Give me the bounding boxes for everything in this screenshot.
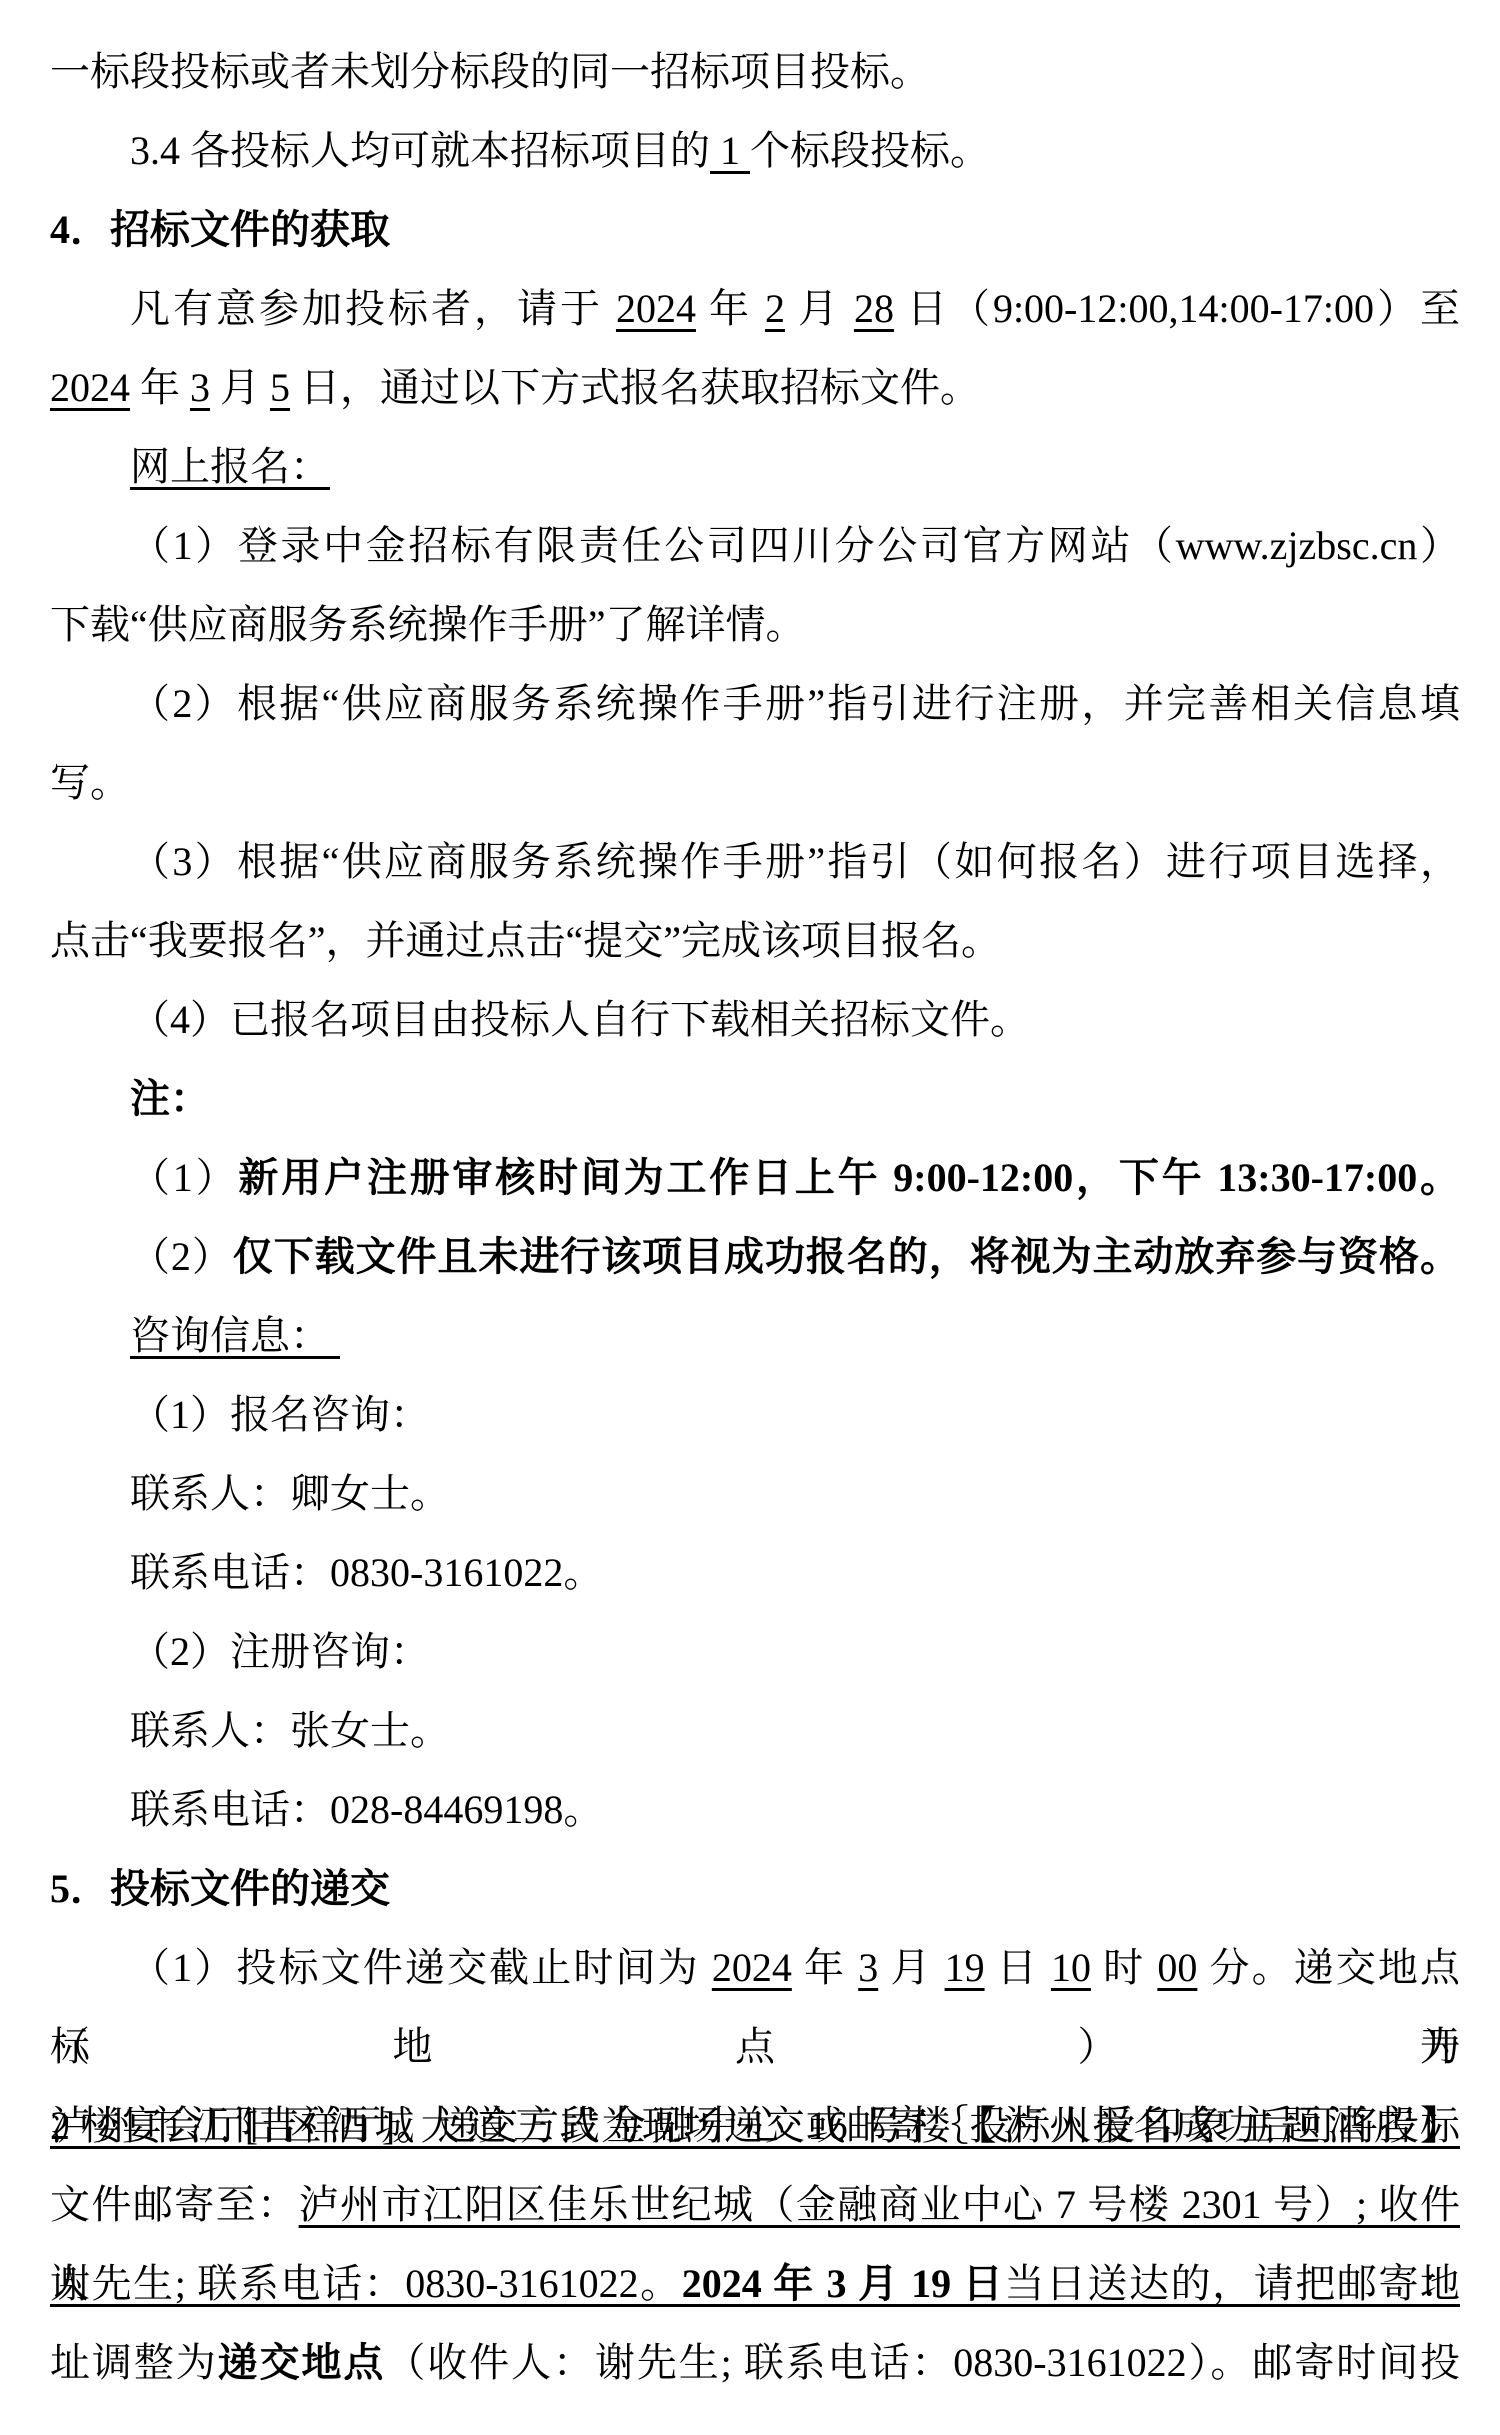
text-line: 标地点）为泸州市江阳区酒城大道三段金融中心 16 号楼【泸州爱印象主题酒店】 bbox=[50, 2007, 1460, 2086]
text-segment: 写。 bbox=[50, 760, 130, 805]
text-segment: （2） bbox=[130, 1234, 233, 1279]
text-line: 联系人：张女士。 bbox=[50, 1691, 1460, 1770]
text-segment: 日，通过以下方式报名获取招标文件。 bbox=[290, 365, 980, 410]
text-segment: 当日送达的，请把邮寄地 bbox=[1004, 2261, 1460, 2306]
text-segment: 时 bbox=[1091, 1945, 1157, 1990]
text-segment: 标地点）为 bbox=[50, 2024, 1460, 2069]
text-line: （1）登录中金招标有限责任公司四川分公司官方网站（www.zjzbsc.cn） bbox=[50, 506, 1460, 585]
text-segment: （2）根据“供应商服务系统操作手册”指引进行注册，并完善相关信息填 bbox=[130, 681, 1460, 726]
text-segment: 联系人：卿女士。 bbox=[130, 1471, 450, 1516]
text-segment: 2024 bbox=[50, 365, 130, 410]
text-line: 凡有意参加投标者，请于 2024 年 2 月 28 日（9:00-12:00,1… bbox=[50, 269, 1460, 348]
text-line: 一标段投标或者未划分标段的同一招标项目投标。 bbox=[50, 32, 1460, 111]
text-segment: 联系电话：028-84469198。 bbox=[130, 1787, 603, 1832]
text-line: 写。 bbox=[50, 743, 1460, 822]
text-segment: 月 bbox=[846, 2261, 911, 2306]
text-segment: 3 bbox=[826, 2261, 846, 2306]
text-segment: 年 bbox=[130, 365, 190, 410]
text-segment: 联系人：张女士。 bbox=[130, 1708, 450, 1753]
text-segment: 年 bbox=[792, 1945, 858, 1990]
text-segment: 仅下载文件且未进行该项目成功报名的，将视为主动放弃参与资格。 bbox=[233, 1234, 1460, 1279]
text-segment: 点击“我要报名”，并通过点击“提交”完成该项目报名。 bbox=[50, 918, 1001, 963]
document-body: 一标段投标或者未划分标段的同一招标项目投标。3.4 各投标人均可就本招标项目的 … bbox=[50, 32, 1460, 2402]
text-segment: 月 bbox=[878, 1945, 944, 1990]
text-segment: 2024 bbox=[712, 1945, 792, 1990]
text-line: 4．招标文件的获取 bbox=[50, 190, 1460, 269]
text-segment: 凡有意参加投标者，请于 bbox=[130, 286, 616, 331]
text-segment: 。 bbox=[639, 2261, 682, 2306]
text-segment: 新用户注册审核时间为工作日上午 9:00-12:00，下午 13:30-17:0… bbox=[238, 1155, 1460, 1200]
text-line: （1）投标文件递交截止时间为 2024 年 3 月 19 日 10 时 00 分… bbox=[50, 1928, 1460, 2007]
text-line: 点击“我要报名”，并通过点击“提交”完成该项目报名。 bbox=[50, 901, 1460, 980]
text-line: 址调整为递交地点（收件人：谢先生; 联系电话：0830-3161022）。邮寄时… bbox=[50, 2323, 1460, 2402]
text-segment: （1）投标文件递交截止时间为 bbox=[130, 1945, 712, 1990]
text-line: 下载“供应商服务系统操作手册”了解详情。 bbox=[50, 585, 1460, 664]
text-line: 谢先生; 联系电话：0830-3161022。2024 年 3 月 19 日当日… bbox=[50, 2244, 1460, 2323]
text-line: 联系人：卿女士。 bbox=[50, 1454, 1460, 1533]
text-segment: 月 bbox=[785, 286, 854, 331]
text-line: 网上报名： bbox=[50, 427, 1460, 506]
text-segment: 咨询信息： bbox=[130, 1313, 340, 1358]
document-page: 一标段投标或者未划分标段的同一招标项目投标。3.4 各投标人均可就本招标项目的 … bbox=[0, 0, 1500, 2435]
text-segment: 5．投标文件的递交 bbox=[50, 1866, 390, 1911]
text-line: （2）仅下载文件且未进行该项目成功报名的，将视为主动放弃参与资格。 bbox=[50, 1217, 1460, 1296]
text-segment: 。递交方式为现场递交或邮寄｛投标人报名成功后可将投标 bbox=[395, 2103, 1460, 2148]
text-segment: 下载“供应商服务系统操作手册”了解详情。 bbox=[50, 602, 806, 647]
text-line: （4）已报名项目由投标人自行下载相关招标文件。 bbox=[50, 980, 1460, 1059]
text-segment: 日 bbox=[951, 2261, 1004, 2306]
text-line: 2 楼宴会厅[吉祥厅]。递交方式为现场递交或邮寄｛投标人报名成功后可将投标 bbox=[50, 2086, 1460, 2165]
text-segment: 1 bbox=[710, 128, 750, 173]
text-segment: 00 bbox=[1157, 1945, 1197, 1990]
text-line: （1）报名咨询： bbox=[50, 1375, 1460, 1454]
text-segment: 年 bbox=[696, 286, 765, 331]
text-line: 联系电话：0830-3161022。 bbox=[50, 1533, 1460, 1612]
text-segment: 5 bbox=[270, 365, 290, 410]
text-segment: 址调整为 bbox=[50, 2340, 218, 2385]
text-segment: （1） bbox=[130, 1155, 238, 1200]
text-segment: 一标段投标或者未划分标段的同一招标项目投标。 bbox=[50, 49, 930, 94]
text-segment: 28 bbox=[854, 286, 894, 331]
text-line: 注： bbox=[50, 1059, 1460, 1138]
text-segment: （1）报名咨询： bbox=[130, 1392, 430, 1437]
text-segment: 2 bbox=[765, 286, 785, 331]
text-segment: 3.4 各投标人均可就本招标项目的 bbox=[130, 128, 710, 173]
text-segment: 10 bbox=[1051, 1945, 1091, 1990]
text-line: （3）根据“供应商服务系统操作手册”指引（如何报名）进行项目选择， bbox=[50, 822, 1460, 901]
text-segment: 2024 bbox=[616, 286, 696, 331]
text-segment: （收件人：谢先生; 联系电话：0830-3161022）。邮寄时间投 bbox=[385, 2340, 1460, 2385]
text-segment: 文件邮寄至： bbox=[50, 2182, 299, 2227]
text-segment: 19 bbox=[911, 2261, 951, 2306]
text-segment: 月 bbox=[210, 365, 270, 410]
text-line: （1）新用户注册审核时间为工作日上午 9:00-12:00，下午 13:30-1… bbox=[50, 1138, 1460, 1217]
text-segment: 19 bbox=[945, 1945, 985, 1990]
text-line: 咨询信息： bbox=[50, 1296, 1460, 1375]
text-segment: 联系电话：0830-3161022。 bbox=[130, 1550, 603, 1595]
text-line: 联系电话：028-84469198。 bbox=[50, 1770, 1460, 1849]
text-segment: （1）登录中金招标有限责任公司四川分公司官方网站（www.zjzbsc.cn） bbox=[130, 523, 1460, 568]
text-segment: 3 bbox=[858, 1945, 878, 1990]
text-segment: 注： bbox=[130, 1076, 210, 1121]
text-segment: （3）根据“供应商服务系统操作手册”指引（如何报名）进行项目选择， bbox=[130, 839, 1460, 884]
text-line: 3.4 各投标人均可就本招标项目的 1 个标段投标。 bbox=[50, 111, 1460, 190]
text-segment: 递交地点 bbox=[218, 2340, 386, 2385]
text-segment: 2024 bbox=[682, 2261, 762, 2306]
text-line: （2）根据“供应商服务系统操作手册”指引进行注册，并完善相关信息填 bbox=[50, 664, 1460, 743]
text-segment: 日（9:00-12:00,14:00-17:00）至 bbox=[894, 286, 1460, 331]
text-segment: 谢先生; 联系电话：0830-3161022 bbox=[50, 2261, 639, 2306]
text-segment: 3 bbox=[190, 365, 210, 410]
text-segment: （2）注册咨询： bbox=[130, 1629, 430, 1674]
text-segment: 2 楼宴会厅[吉祥厅] bbox=[50, 2103, 395, 2148]
text-line: 5．投标文件的递交 bbox=[50, 1849, 1460, 1928]
text-segment: 4．招标文件的获取 bbox=[50, 207, 390, 252]
text-line: 2024 年 3 月 5 日，通过以下方式报名获取招标文件。 bbox=[50, 348, 1460, 427]
text-line: 文件邮寄至：泸州市江阳区佳乐世纪城（金融商业中心 7 号楼 2301 号）; 收… bbox=[50, 2165, 1460, 2244]
text-segment: 个标段投标。 bbox=[750, 128, 990, 173]
text-segment: （4）已报名项目由投标人自行下载相关招标文件。 bbox=[130, 997, 1030, 1042]
text-segment: 网上报名： bbox=[130, 444, 330, 489]
text-segment: 年 bbox=[762, 2261, 827, 2306]
text-segment: 日 bbox=[985, 1945, 1051, 1990]
text-line: （2）注册咨询： bbox=[50, 1612, 1460, 1691]
